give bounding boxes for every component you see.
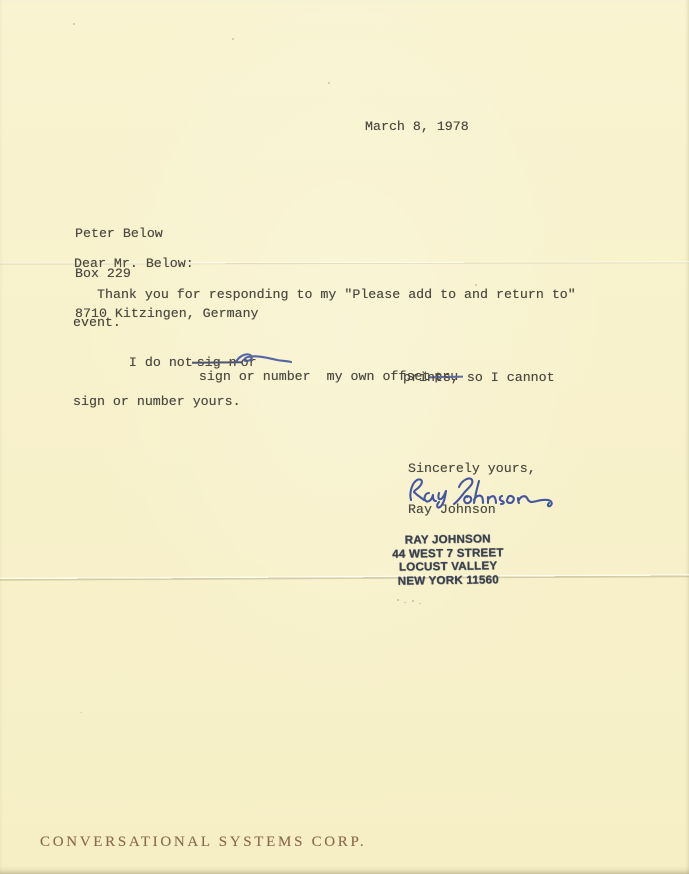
body-paragraph2-line3: prints, so I cannot [403,371,555,384]
body-paragraph1-line2: event. [73,316,121,329]
ink-smudge [419,603,421,604]
recipient-name: Peter Below [75,227,259,240]
ink-smudge [412,600,414,602]
paper-speck [475,284,477,286]
body-paragraph1-line1: Thank you for responding to my "Please a… [97,288,576,301]
ink-smudge [404,602,406,603]
salutation: Dear Mr. Below: [74,257,194,270]
stamp-state-zip: NEW YORK 11560 [388,573,508,588]
address-stamp: RAY JOHNSON 44 WEST 7 STREET LOCUST VALL… [388,532,509,588]
letter-date: March 8, 1978 [365,120,469,133]
closing-line: Sincerely yours, [408,462,536,475]
paper-speck [328,82,330,84]
letterhead-footer: CONVERSATIONAL SYSTEMS CORP. [40,834,366,851]
typed-signature-name: Ray Johnson [408,503,496,516]
paper-speck [73,23,75,25]
fold-crease-lower [0,574,689,581]
line2-text: sign or number my own offset [199,369,430,384]
stamp-town: LOCUST VALLEY [388,559,508,574]
paper-speck [232,38,234,40]
letter-page: March 8, 1978 Peter Below Box 229 8710 K… [0,0,689,874]
body-paragraph2-line4: sign or number yours. [73,395,241,408]
paper-speck [80,712,82,713]
ink-smudge [397,599,399,601]
stamp-name: RAY JOHNSON [388,532,508,547]
